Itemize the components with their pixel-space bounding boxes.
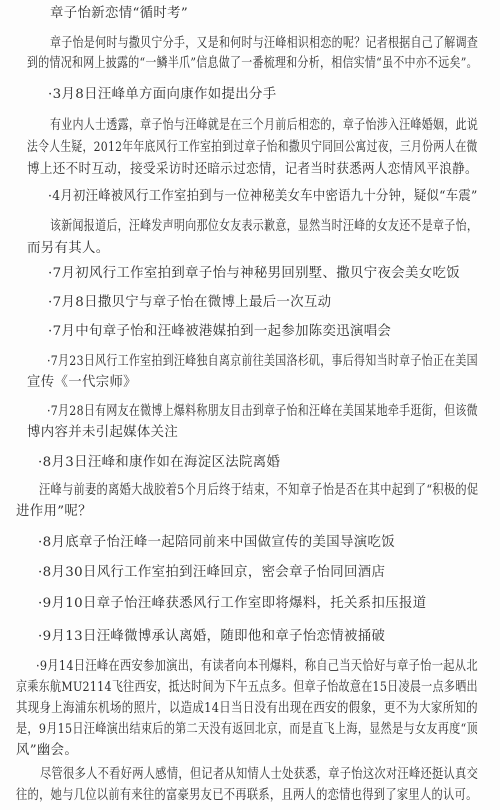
paragraph-sep-14-line-4: 是，9月15日汪峰演出结束后的第二天没有返回北京，而是直飞上海，显然是与女友再度… bbox=[16, 721, 478, 739]
timeline-item-sep-13: ·9月13日汪峰微博承认离婚，随即他和章子怡恋情被捅破 bbox=[38, 628, 385, 646]
timeline-item-jul-8: ·7月8日撒贝宁与章子怡在微博上最后一次互动 bbox=[48, 294, 331, 312]
paragraph-sep-14-line-1: ·9月14日汪峰在西安参加演出，有读者向本刊爆料，称自己当天恰好与章子怡一起从北 bbox=[36, 658, 478, 676]
paragraph-sep-14-line-2: 京乘东航MU2114飞往西安，抵达时间为下午五点多。但章子怡故意在15日凌晨一点… bbox=[16, 679, 478, 697]
timeline-item-aug-3: ·8月3日汪峰和康作如在海淀区法院离婚 bbox=[38, 454, 280, 472]
paragraph-insider-line-1: 有业内人士透露，章子怡与汪峰就是在三个月前后相恋的，章子怡涉入汪峰婚姻，此说 bbox=[50, 117, 478, 135]
paragraph-divorce-line-1: 汪峰与前妻的离婚大战胶着5个月后终于结束，不知章子怡是否在其中起到了“积极的促 bbox=[39, 482, 478, 500]
timeline-item-jul-28-line-1: ·7月28日有网友在微博上爆料称朋友目击到章子怡和汪峰在美国某地牵手逛街，但该微 bbox=[47, 403, 478, 421]
timeline-item-jul-28-line-2: 博内容并未引起媒体关注 bbox=[27, 424, 178, 442]
timeline-item-aug-30: ·8月30日风行工作室拍到汪峰回京，密会章子怡同回酒店 bbox=[38, 564, 385, 582]
paragraph-apology-line-2: 而另有其人。 bbox=[27, 240, 109, 258]
paragraph-intro-line-1: 章子怡是何时与撒贝宁分手，又是和何时与汪峰相识相恋的呢？记者根据自己了解调查 bbox=[50, 35, 403, 53]
paragraph-divorce-line-2: 进作用”呢？ bbox=[16, 503, 92, 521]
timeline-item-jul-23-line-2: 宣传《一代宗师》 bbox=[27, 374, 137, 392]
timeline-item-apr-early: ·4月初汪峰被风行工作室拍到与一位神秘美女车中密语九十分钟，疑似“车震” bbox=[48, 188, 478, 206]
paragraph-apology-line-1: 该新闻报道后，汪峰发声明向那位女友表示歉意，显然当时汪峰的女友还不是章子怡， bbox=[50, 218, 478, 236]
paragraph-intro-line-2: 到的情况和网上披露的“一鳞半爪”信息做了一番梳理和分析，相信实情“虽不中亦不远矣… bbox=[27, 55, 398, 73]
timeline-item-jul-mid: ·7月中旬章子怡和汪峰被港媒拍到一起参加陈奕迅演唱会 bbox=[48, 323, 391, 341]
timeline-item-jul-23-line-1: ·7月23日风行工作室拍到汪峰独自离京前往美国洛杉矶，事后得知当时章子怡正在美国 bbox=[47, 353, 478, 371]
paragraph-conclusion-line-1: 尽管很多人不看好两人感情，但记者从知情人士处获悉，章子怡这次对汪峰还挺认真交 bbox=[40, 766, 478, 784]
timeline-item-jul-early: ·7月初风行工作室拍到章子怡与神秘男回别墅、撒贝宁夜会美女吃饭 bbox=[48, 265, 460, 283]
paragraph-sep-14-line-5: 风”幽会。 bbox=[16, 742, 78, 760]
timeline-item-sep-10: ·9月10日章子怡汪峰获悉风行工作室即将爆料，托关系扣压报道 bbox=[38, 595, 426, 613]
timeline-item-mar-8: ·3月8日汪峰单方面向康作如提出分手 bbox=[48, 86, 276, 104]
paragraph-conclusion-line-2: 往的，她与几位以前有来往的富豪男友已不再联系，且两人的恋情也得到了家里人的认可。 bbox=[16, 787, 478, 805]
paragraph-sep-14-line-3: 其现身上海浦东机场的照片，以造成14日当日没有出现在西安的假象，更不为大家所知的 bbox=[16, 700, 478, 718]
paragraph-insider-line-2: 法令人生疑，2012年年底风行工作室拍到过章子怡和撒贝宁同回公寓过夜，三月份两人… bbox=[27, 139, 478, 157]
scanned-article-page: 章子怡新恋情“循时考” 章子怡是何时与撒贝宁分手，又是和何时与汪峰相识相恋的呢？… bbox=[0, 0, 500, 810]
paragraph-insider-line-3: 博上还不时互动，接受采访时还暗示过恋情，记者当时获悉两人恋情风平浪静。 bbox=[27, 161, 478, 179]
article-title: 章子怡新恋情“循时考” bbox=[50, 5, 170, 23]
timeline-item-aug-end: ·8月底章子怡汪峰一起陪同前来中国做宣传的美国导演吃饭 bbox=[38, 534, 395, 552]
